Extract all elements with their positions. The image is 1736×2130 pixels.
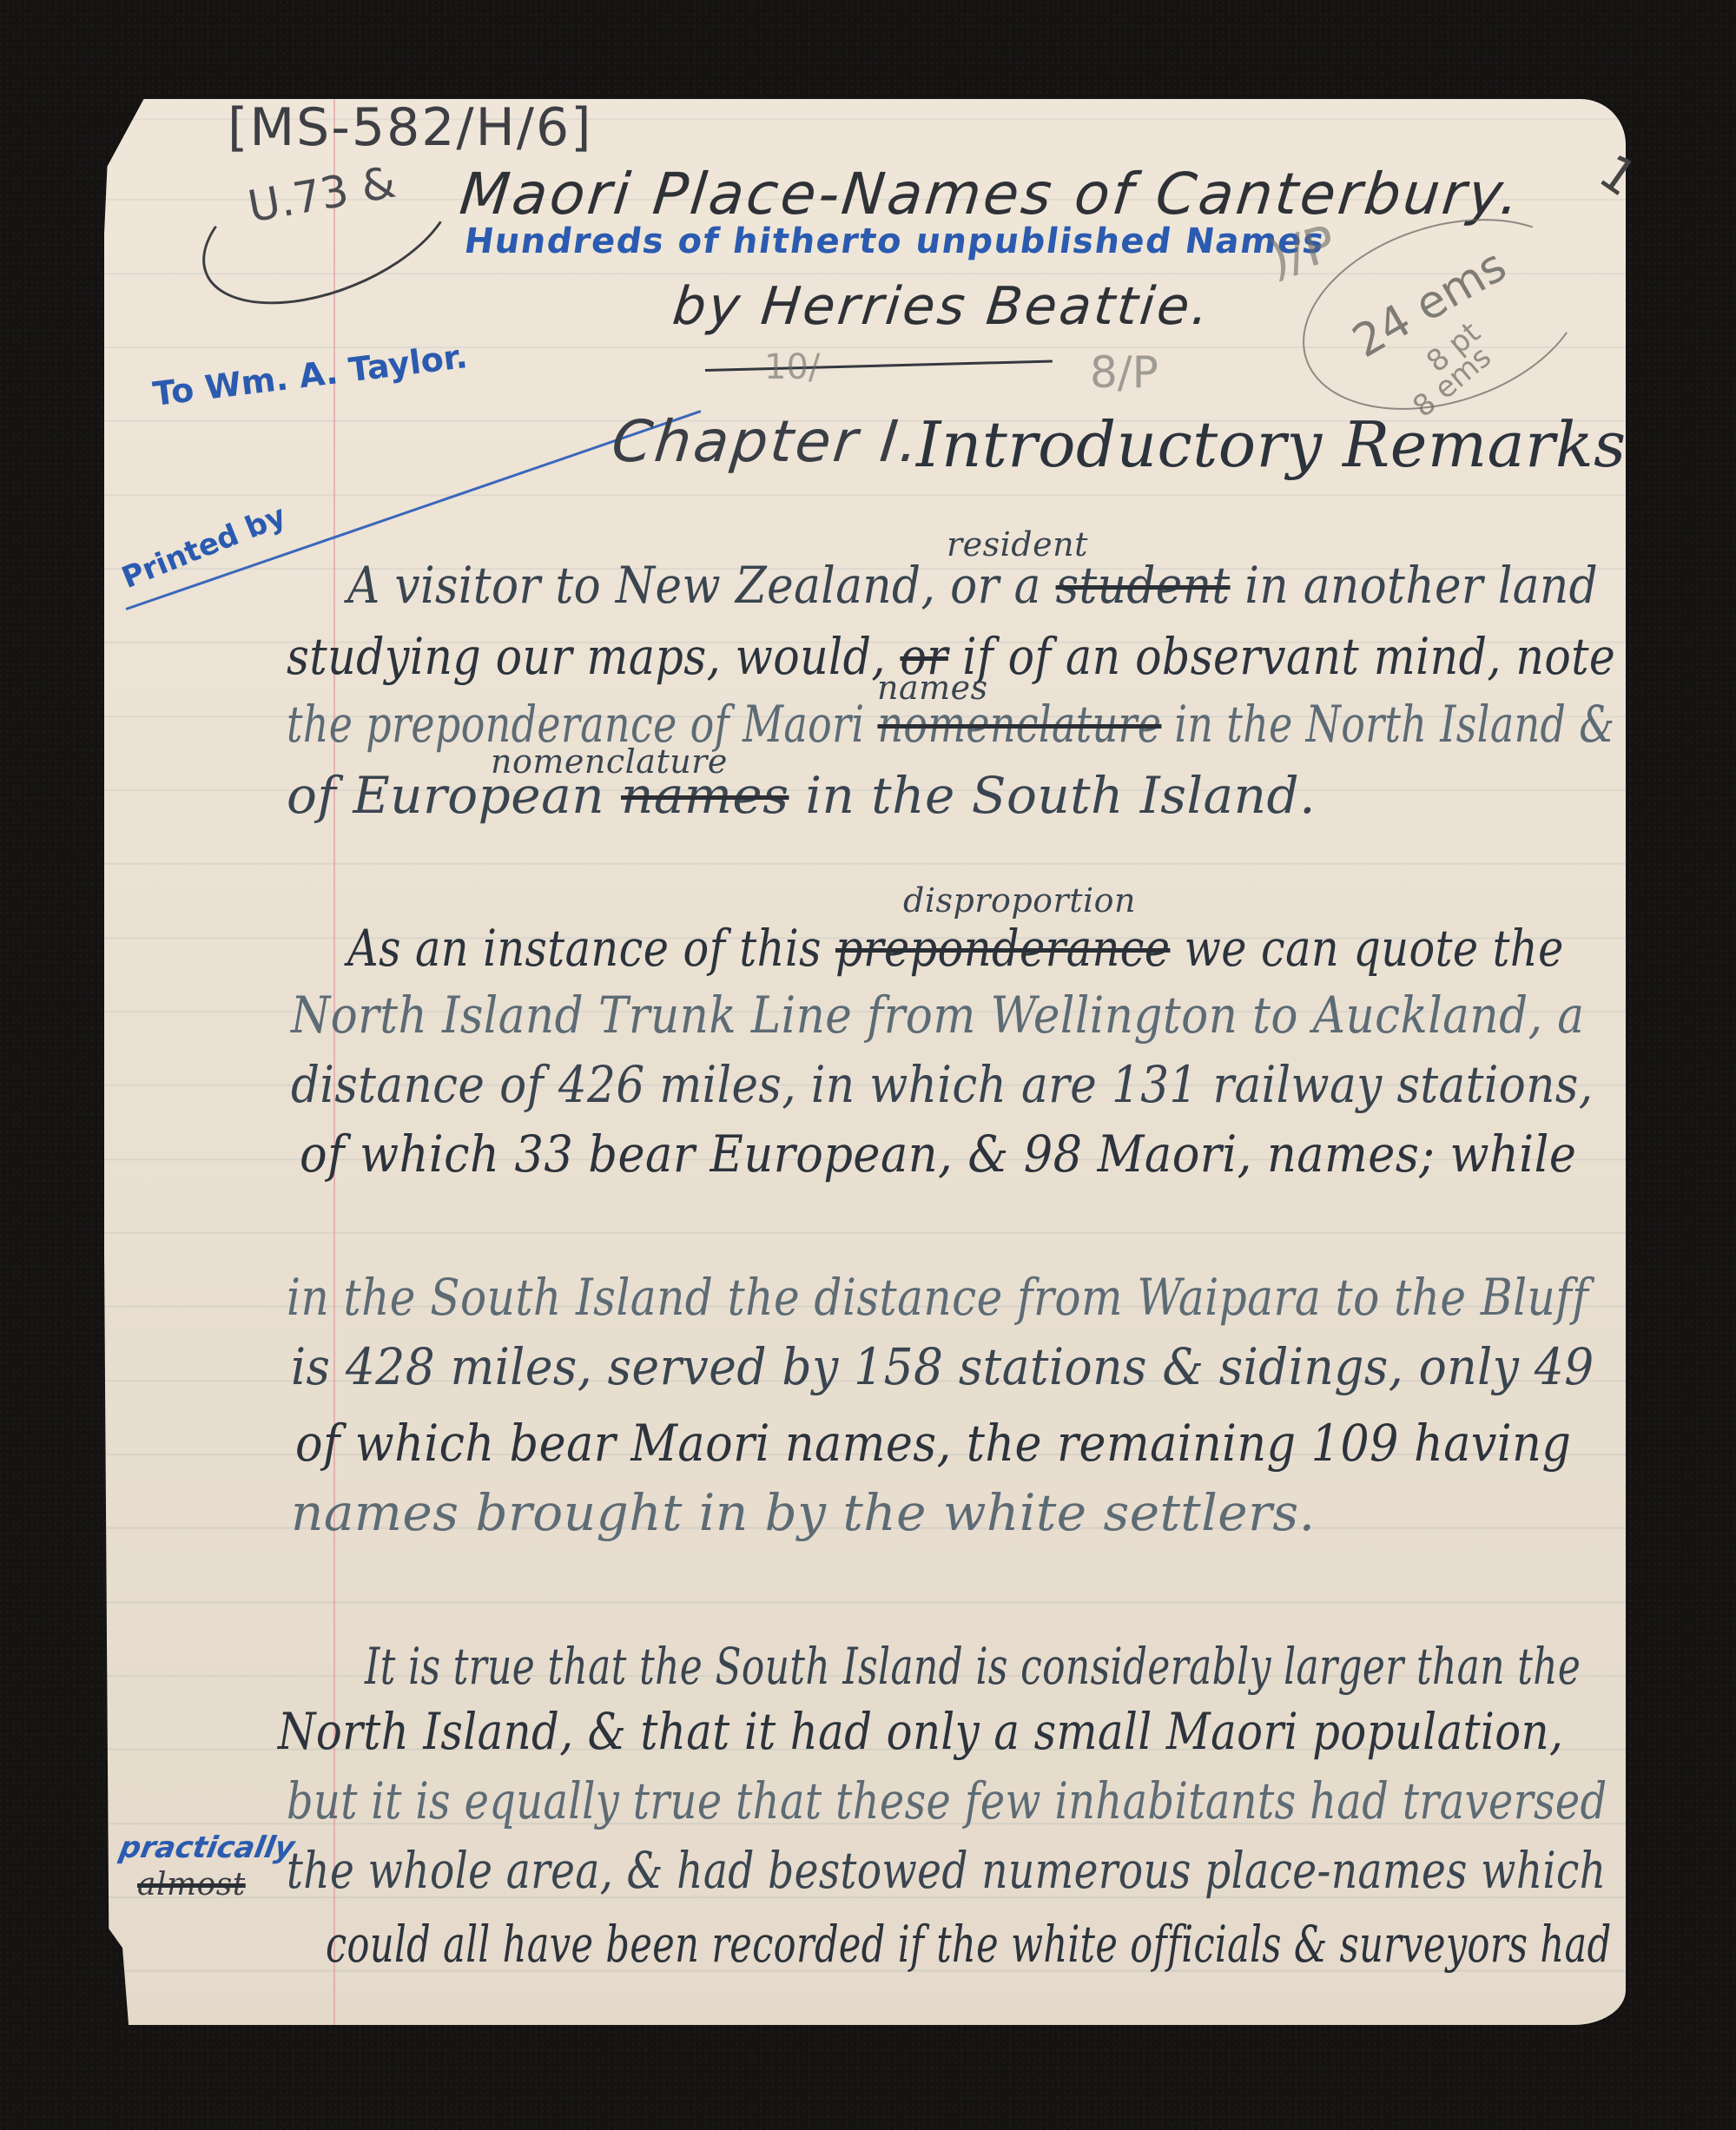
- text-line: A visitor to New Zealand, or a student i…: [347, 556, 1598, 615]
- text-line: but it is equally true that these few in…: [287, 1771, 1607, 1830]
- text-line: is 428 miles, served by 158 stations & s…: [291, 1337, 1594, 1396]
- text-line: names brought in by the white settlers.: [291, 1483, 1316, 1542]
- text-line: in the South Island the distance from Wa…: [287, 1268, 1588, 1327]
- text-segment: distance of 426 miles, in which are 131 …: [291, 1055, 1594, 1114]
- document-title: Maori Place-Names of Canterbury.: [457, 161, 1525, 228]
- text-segment: is 428 miles, served by 158 stations & s…: [291, 1337, 1594, 1396]
- text-segment: North Island Trunk Line from Wellington …: [291, 986, 1585, 1045]
- pencil-mark-chapter-left: 10/: [764, 347, 820, 387]
- text-segment: but it is equally true that these few in…: [287, 1771, 1607, 1830]
- text-segment: in the North Island &: [1161, 695, 1614, 754]
- text-line: North Island, & that it had only a small…: [278, 1702, 1563, 1761]
- text-segment: A visitor to New Zealand, or a: [347, 556, 1056, 615]
- text-line: North Island Trunk Line from Wellington …: [291, 986, 1585, 1045]
- inserted-correction: resident: [947, 525, 1088, 564]
- text-segment: the whole area, & had bestowed numerous …: [287, 1841, 1606, 1900]
- text-segment: studying our maps, would,: [287, 627, 900, 686]
- margin-insert-practically: practically: [116, 1830, 297, 1865]
- text-line: of which bear Maori names, the remaining…: [295, 1414, 1571, 1473]
- text-segment: in another land: [1231, 556, 1599, 615]
- text-line: of which 33 bear European, & 98 Maori, n…: [300, 1124, 1576, 1184]
- text-segment: in the South Island the distance from Wa…: [287, 1268, 1588, 1327]
- pencil-mark-chapter-right: 8/P: [1090, 347, 1158, 398]
- text-segment: if of an observant mind, note: [948, 627, 1615, 686]
- text-line: distance of 426 miles, in which are 131 …: [291, 1055, 1594, 1114]
- text-segment: As an instance of this: [347, 919, 835, 978]
- text-segment: It is true that the South Island is cons…: [365, 1637, 1581, 1696]
- text-segment: in the South Island.: [789, 766, 1317, 825]
- struck-word: preponderance: [835, 919, 1171, 978]
- text-segment: North Island, & that it had only a small…: [278, 1702, 1563, 1761]
- text-line: As an instance of this preponderance we …: [347, 919, 1564, 978]
- struck-word: student: [1056, 556, 1231, 615]
- text-segment: of which 33 bear European, & 98 Maori, n…: [300, 1124, 1576, 1184]
- byline: by Herries Beattie.: [670, 276, 1214, 337]
- text-line: of European names in the South Island.: [287, 766, 1316, 825]
- inserted-correction: disproportion: [903, 881, 1136, 920]
- text-line: the whole area, & had bestowed numerous …: [287, 1841, 1606, 1900]
- chapter-heading: Introductory Remarks: [916, 408, 1627, 481]
- text-segment: could all have been recorded if the whit…: [326, 1915, 1612, 1974]
- text-segment: names brought in by the white settlers.: [291, 1483, 1316, 1542]
- chapter-label: Chapter I.: [609, 408, 924, 475]
- text-segment: of which bear Maori names, the remaining…: [295, 1414, 1571, 1473]
- subtitle-unpublished-names: Hundreds of hitherto unpublished Names: [462, 221, 1328, 261]
- text-line: could all have been recorded if the whit…: [326, 1915, 1612, 1974]
- margin-struck-almost: almost: [137, 1867, 246, 1902]
- text-line: It is true that the South Island is cons…: [365, 1637, 1581, 1696]
- text-segment: we can quote the: [1170, 919, 1563, 978]
- inserted-correction: names: [877, 669, 988, 707]
- inserted-correction: nomenclature: [491, 742, 728, 781]
